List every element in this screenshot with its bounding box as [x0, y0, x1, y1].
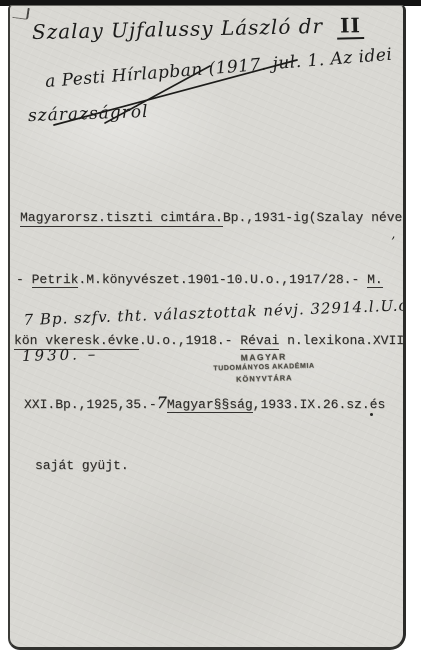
- typed-line-1: Magyarorsz.tiszti cimtára.Bp.,1931-ig(Sz…: [14, 208, 406, 229]
- typed-line4-underlined: Magyar§§ság: [167, 397, 253, 414]
- handwritten-inserted-digit: 7: [157, 393, 167, 412]
- paper-speck: [370, 413, 373, 416]
- typed-line3-middle: .U.o.,1918.-: [139, 333, 240, 348]
- typed-line4-prefix: XXI.Bp.,1925,35.-: [24, 397, 157, 412]
- typed-line1-rest: Bp.,1931-ig(Szalay néven: [223, 210, 406, 225]
- typed-line3-rest: n.lexikona.XVII.: [279, 333, 406, 348]
- typed-line3-underlined2: Révai: [240, 333, 279, 350]
- handwritten-source-line2: szárazságról: [28, 102, 149, 126]
- handwritten-title: Szalay Ujfalussy László drII: [32, 13, 364, 46]
- typed-line2-underlined: Petrik: [32, 272, 79, 289]
- handwritten-source-line1: a Pesti Hírlapban (1917. jul. 1. Az idei: [44, 45, 393, 92]
- library-catalog-card: Szalay Ujfalussy László drII a Pesti Hír…: [8, 5, 406, 650]
- handwritten-bottom-note-line2: 1930. –: [22, 345, 99, 365]
- typed-line2-prefix: -: [16, 272, 32, 287]
- typed-line2-middle: .M.könyvészet.1901-10.U.o.,1917/28.-: [78, 272, 367, 287]
- typed-line1-underlined: Magyarorsz.tiszti cimtára.: [20, 210, 223, 227]
- handwritten-name: Szalay Ujfalussy László dr: [32, 14, 324, 44]
- typewritten-bibliography: Magyarorsz.tiszti cimtára.Bp.,1931-ig(Sz…: [14, 167, 406, 518]
- typed-line-2: - Petrik.M.könyvészet.1901-10.U.o.,1917/…: [14, 270, 406, 291]
- typed-line-4: XXI.Bp.,1925,35.-7Magyar§§ság,1933.IX.26…: [14, 393, 406, 416]
- corner-fold-mark: [12, 6, 30, 20]
- typed-line4-rest: ,1933.IX.26.sz.és: [253, 397, 386, 412]
- photo-edge-right: [405, 4, 421, 644]
- library-stamp: MAGYAR TUDOMÁNYOS AKADÉMIA KÖNYVTÁRA: [202, 350, 327, 385]
- typed-line2-underlined2: M.: [367, 272, 383, 289]
- handwritten-tick-mark: ’: [391, 235, 395, 250]
- typed-line-5: saját gyüjt.: [14, 456, 406, 477]
- handwritten-roman-numeral: II: [337, 13, 364, 40]
